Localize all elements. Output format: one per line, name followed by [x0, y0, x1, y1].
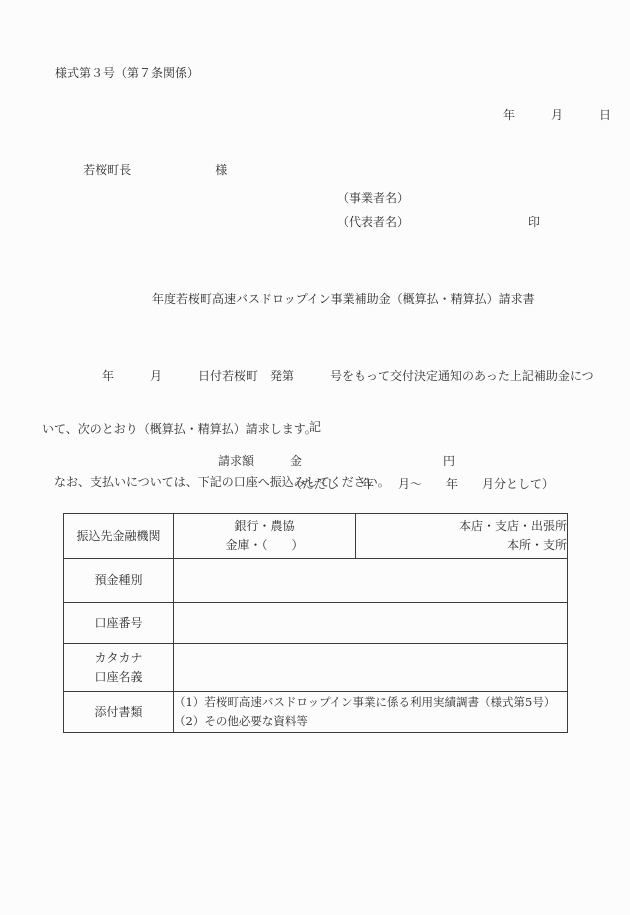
deposit-type-value-cell [174, 559, 568, 603]
bank-type-line-2: 金庫・（ ） [174, 536, 355, 555]
bank-type-line-1: 銀行・農協 [174, 517, 355, 536]
table-row-account-number: 口座番号 [64, 603, 568, 644]
attachment-item-1: （1）若桜町高速バスドロップイン事業に係る利用実績調書（様式第5号） [174, 693, 567, 712]
attachments-value-cell: （1）若桜町高速バスドロップイン事業に係る利用実績調書（様式第5号） （2）その… [174, 692, 568, 733]
section-mark: 記 [0, 419, 630, 435]
table-row-account-holder: カタカナ 口座名義 [64, 644, 568, 692]
branch-type-cell: 本店・支店・出張所 本所・支所 [356, 514, 568, 559]
claim-currency-prefix: 金 [290, 453, 302, 469]
bank-type-cell: 銀行・農協 金庫・（ ） [174, 514, 356, 559]
deposit-type-label: 預金種別 [64, 559, 174, 603]
table-row-financial-institution: 振込先金融機関 銀行・農協 金庫・（ ） 本店・支店・出張所 本所・支所 [64, 514, 568, 559]
representative-name-label: （代表者名） [337, 214, 409, 230]
form-page: 様式第３号（第７条関係） 年 月 日 若桜町長様 （事業者名） （代表者名） 印… [0, 0, 630, 915]
addressee-honorific: 様 [215, 163, 227, 177]
addressee-name: 若桜町長 [83, 163, 131, 177]
table-row-attachments: 添付書類 （1）若桜町高速バスドロップイン事業に係る利用実績調書（様式第5号） … [64, 692, 568, 733]
business-name-label: （事業者名） [337, 190, 409, 206]
form-number: 様式第３号（第７条関係） [55, 65, 199, 81]
attachments-label: 添付書類 [64, 692, 174, 733]
body-line-1: 年 月 日付若桜町 発第 号をもって交付決定通知のあった上記補助金につ [42, 366, 594, 387]
document-title: 年度若桜町高速バスドロップイン事業補助金（概算払・精算払）請求書 [152, 291, 535, 307]
addressee-line: 若桜町長様 [68, 146, 227, 194]
account-holder-value-cell [174, 644, 568, 692]
account-holder-label: カタカナ 口座名義 [64, 644, 174, 692]
account-holder-label-line-1: カタカナ [64, 649, 173, 668]
branch-type-line-2: 本所・支所 [356, 536, 567, 555]
branch-type-line-1: 本店・支店・出張所 [356, 517, 567, 536]
account-number-value-cell [174, 603, 568, 644]
attachment-item-2: （2）その他必要な資料等 [174, 712, 567, 731]
account-number-label: 口座番号 [64, 603, 174, 644]
table-row-deposit-type: 預金種別 [64, 559, 568, 603]
account-holder-label-line-2: 口座名義 [64, 668, 173, 687]
bank-transfer-table: 振込先金融機関 銀行・農協 金庫・（ ） 本店・支店・出張所 本所・支所 預金種… [63, 513, 568, 733]
seal-mark: 印 [528, 214, 540, 230]
claim-amount-label: 請求額 [218, 453, 254, 469]
date-blank-line: 年 月 日 [503, 107, 611, 123]
claim-period-note: （ただし 年 月～ 年 月分として） [290, 476, 554, 492]
claim-currency-suffix: 円 [443, 453, 455, 469]
financial-institution-label: 振込先金融機関 [64, 514, 174, 559]
